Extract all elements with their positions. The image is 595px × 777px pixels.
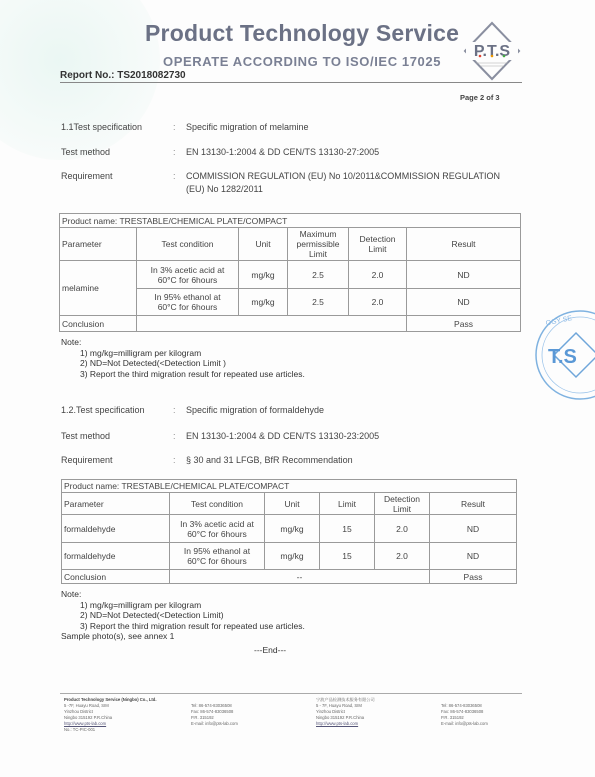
header-result: Result (407, 228, 521, 261)
requirement-label: Requirement (61, 171, 113, 181)
header-result: Result (430, 493, 517, 515)
method-row-1: Test method : EN 13130-1:2004 & DD CEN/T… (61, 147, 521, 159)
detection-cell: 2.0 (375, 515, 430, 543)
notes-1: Note: 1) mg/kg=milligram per kilogram 2)… (61, 337, 305, 379)
footer-email[interactable]: E-mail: info@pts-lab.com (441, 721, 488, 727)
method-value: EN 13130-1:2004 & DD CEN/TS 13130-23:200… (186, 431, 379, 441)
note-item: 2) ND=Not Detected(<Detection Limit) (61, 610, 305, 621)
company-subtitle: OPERATE ACCORDING TO ISO/IEC 17025 (163, 54, 441, 69)
unit-cell: mg/kg (265, 515, 320, 543)
logo-text: P.T.S (474, 43, 511, 60)
detection-cell: 2.0 (375, 543, 430, 570)
method-label: Test method (61, 147, 110, 157)
requirement-value-line2: (EU) No 1282/2011 (186, 184, 263, 194)
unit-cell: mg/kg (239, 261, 288, 289)
parameter-cell: formaldehyde (62, 515, 170, 543)
conclusion-blank (137, 316, 407, 332)
note-item: 2) ND=Not Detected(<Detection Limit ) (61, 358, 305, 369)
formaldehyde-results-table: Product name: TRESTABLE/CHEMICAL PLATE/C… (61, 479, 517, 584)
parameter-cell: melamine (60, 261, 137, 316)
requirement-value: § 30 and 31 LFGB, BfR Recommendation (186, 455, 353, 465)
svg-text:T.S: T.S (548, 346, 577, 368)
conclusion-value: Pass (430, 570, 517, 584)
footer-company: Product Technology Service (Ningbo) Co.,… (64, 697, 157, 702)
colon: : (173, 405, 176, 415)
result-cell: ND (407, 261, 521, 289)
conclusion-row: Conclusion Pass (60, 316, 521, 332)
end-marker: ---End--- (254, 645, 286, 656)
report-number: Report No.: TS2018082730 (60, 70, 186, 81)
note-item: 1) mg/kg=milligram per kilogram (61, 348, 305, 359)
detection-cell: 2.0 (349, 289, 407, 316)
product-name-row: Product name: TRESTABLE/CHEMICAL PLATE/C… (60, 214, 521, 228)
footer-website-link[interactable]: http://www.pts-lab.com (64, 721, 106, 726)
header-unit: Unit (265, 493, 320, 515)
detection-cell: 2.0 (349, 261, 407, 289)
product-name: Product name: TRESTABLE/CHEMICAL PLATE/C… (60, 214, 521, 228)
svg-text:OGY SE: OGY SE (545, 315, 573, 327)
colon: : (173, 455, 176, 465)
spec-label: 1.1Test specification (61, 122, 142, 132)
footer-code: No.: TC-PIC-001 (64, 727, 157, 733)
spec-value: Specific migration of melamine (186, 122, 309, 132)
conclusion-label: Conclusion (62, 570, 170, 584)
header-unit: Unit (239, 228, 288, 261)
condition-cell: In 95% ethanol at 60°C for 6hours (170, 543, 265, 570)
conclusion-row: Conclusion -- Pass (62, 570, 517, 584)
header-max-limit: Maximum permissible Limit (288, 228, 349, 261)
header-test-condition: Test condition (137, 228, 239, 261)
unit-cell: mg/kg (239, 289, 288, 316)
colon: : (173, 171, 176, 181)
header-test-condition: Test condition (170, 493, 265, 515)
header-row: Parameter Test condition Unit Limit Dete… (62, 493, 517, 515)
conclusion-value: Pass (407, 316, 521, 332)
footer-right-address: 宁波产品检测技术服务有限公司 5 - 7F, Huayu Road, SIM Y… (316, 697, 375, 727)
table-row: formaldehyde In 95% ethanol at 60°C for … (62, 543, 517, 570)
header-limit: Limit (320, 493, 375, 515)
note-item: 3) Report the third migration result for… (61, 621, 305, 632)
requirement-row-1: Requirement : COMMISSION REGULATION (EU)… (61, 171, 531, 197)
result-cell: ND (407, 289, 521, 316)
method-label: Test method (61, 431, 110, 441)
conclusion-label: Conclusion (60, 316, 137, 332)
footer-divider (60, 693, 522, 694)
footer-website-link[interactable]: http://www.pts-lab.com (316, 721, 358, 726)
header-detection-limit: Detection Limit (375, 493, 430, 515)
colon: : (173, 431, 176, 441)
footer-left-contact: Tel: 86-574-83036508 Fax: 86-574-8303650… (191, 703, 238, 727)
header-parameter: Parameter (62, 493, 170, 515)
page-number: Page 2 of 3 (460, 93, 500, 102)
spec-label: 1.2.Test specification (61, 405, 145, 415)
requirement-label: Requirement (61, 455, 113, 465)
colon: : (173, 122, 176, 132)
notes-title: Note: (61, 337, 305, 348)
limit-cell: 2.5 (288, 289, 349, 316)
conclusion-mid: -- (170, 570, 430, 584)
condition-cell: In 3% acetic acid at 60°C for 6hours (170, 515, 265, 543)
notes-title: Note: (61, 589, 305, 600)
unit-cell: mg/kg (265, 543, 320, 570)
notes-2: Note: 1) mg/kg=milligram per kilogram 2)… (61, 589, 305, 642)
limit-cell: 15 (320, 515, 375, 543)
header-parameter: Parameter (60, 228, 137, 261)
colon: : (173, 147, 176, 157)
method-row-2: Test method : EN 13130-1:2004 & DD CEN/T… (61, 431, 521, 443)
footer-right-contact: Tel: 86-574-83036508 Fax: 86-574-8303650… (441, 703, 488, 727)
method-value: EN 13130-1:2004 & DD CEN/TS 13130-27:200… (186, 147, 379, 157)
footer-left-address: Product Technology Service (Ningbo) Co.,… (64, 697, 157, 733)
result-cell: ND (430, 515, 517, 543)
sample-photos-note: Sample photo(s), see annex 1 (61, 631, 305, 642)
requirement-row-2: Requirement : § 30 and 31 LFGB, BfR Reco… (61, 455, 521, 467)
limit-cell: 15 (320, 543, 375, 570)
header-divider (60, 82, 522, 83)
spec-row-1-2: 1.2.Test specification : Specific migrat… (61, 405, 521, 417)
pts-stamp-icon: T.S OGY SE (528, 305, 595, 405)
requirement-value-line1: COMMISSION REGULATION (EU) No 10/2011&CO… (186, 171, 500, 181)
melamine-results-table: Product name: TRESTABLE/CHEMICAL PLATE/C… (59, 213, 521, 332)
spec-value: Specific migration of formaldehyde (186, 405, 324, 415)
condition-cell: In 95% ethanol at 60°C for 6hours (137, 289, 239, 316)
limit-cell: 2.5 (288, 261, 349, 289)
header-detection-limit: Detection Limit (349, 228, 407, 261)
table-row: melamine In 3% acetic acid at 60°C for 6… (60, 261, 521, 289)
footer-email[interactable]: E-mail: info@pts-lab.com (191, 721, 238, 727)
company-title: Product Technology Service (145, 20, 459, 47)
result-cell: ND (430, 543, 517, 570)
note-item: 1) mg/kg=milligram per kilogram (61, 600, 305, 611)
product-name-row: Product name: TRESTABLE/CHEMICAL PLATE/C… (62, 480, 517, 493)
header-row: Parameter Test condition Unit Maximum pe… (60, 228, 521, 261)
spec-row-1-1: 1.1Test specification : Specific migrati… (61, 122, 521, 134)
note-item: 3) Report the third migration result for… (61, 369, 305, 380)
pts-logo-icon: P.T.S (462, 20, 522, 82)
table-row: formaldehyde In 3% acetic acid at 60°C f… (62, 515, 517, 543)
condition-cell: In 3% acetic acid at 60°C for 6hours (137, 261, 239, 289)
parameter-cell: formaldehyde (62, 543, 170, 570)
product-name: Product name: TRESTABLE/CHEMICAL PLATE/C… (62, 480, 517, 493)
